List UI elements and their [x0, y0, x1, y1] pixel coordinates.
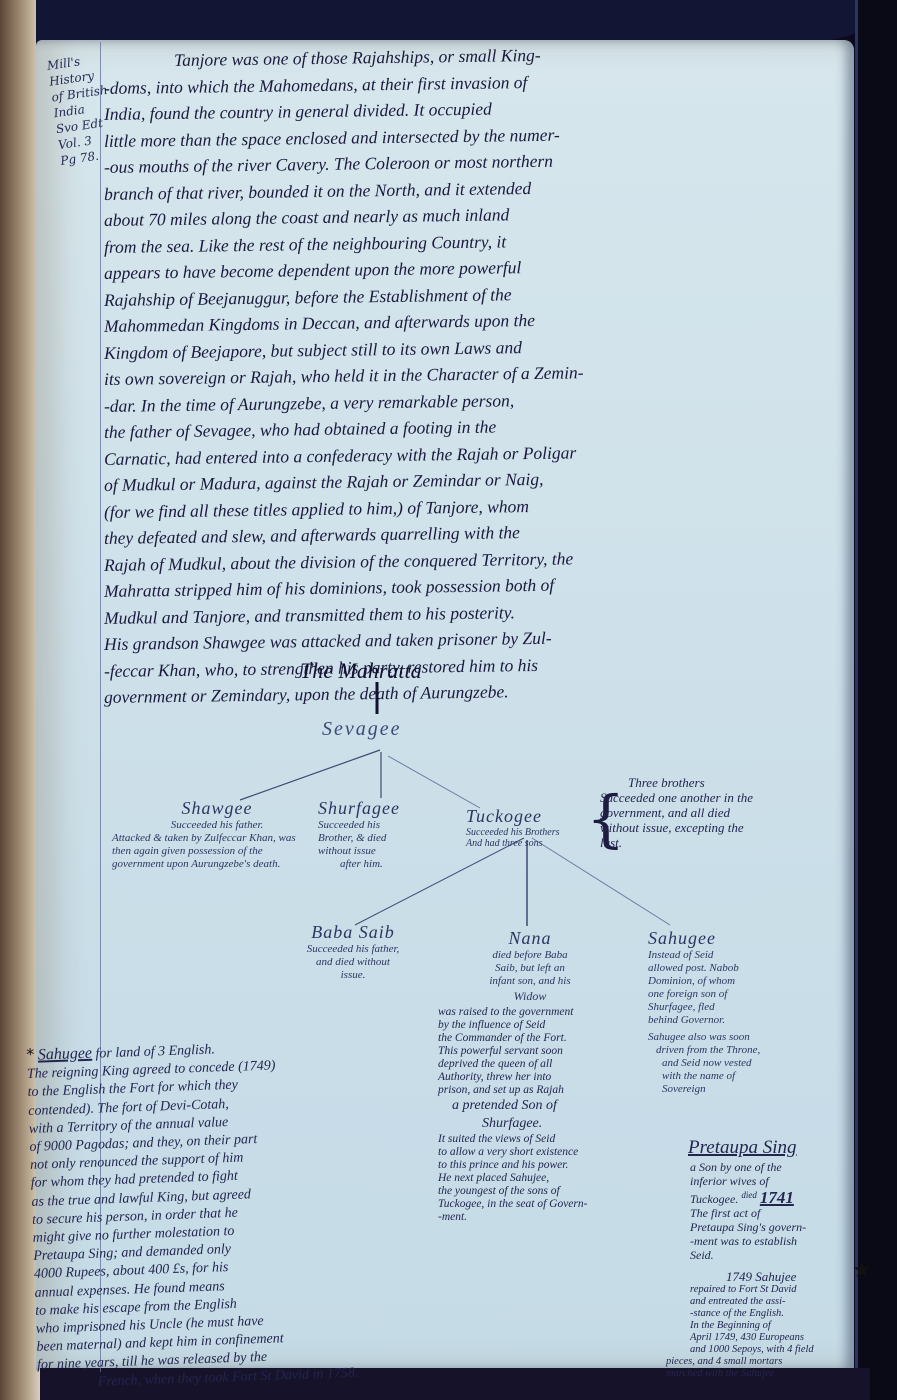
- node-desc: Instead of Seid: [648, 949, 828, 962]
- body-paragraph: Tanjore was one of those Rajahships, or …: [104, 48, 849, 711]
- node-desc: Shurfagee, fled: [648, 1001, 828, 1014]
- node-name: Shawgee: [112, 798, 322, 819]
- footnote-line: repaired to Fort St David: [690, 1284, 814, 1296]
- note-line: prison, and set up as Rajah: [438, 1084, 587, 1097]
- footnote-heading: Sahugee: [38, 1045, 93, 1064]
- note-line: He next placed Sahujee,: [438, 1172, 587, 1185]
- node-name: Shurfagee: [318, 798, 438, 819]
- node-name: Baba Saib: [288, 922, 418, 943]
- died-note: died: [741, 1190, 757, 1200]
- footnote-line: Tuckogee. died 1741: [690, 1188, 814, 1206]
- node-desc: Brother, & died: [318, 832, 438, 845]
- node-desc: Sahugee also was soon: [648, 1031, 828, 1044]
- three-brothers-note: Three brothers Succeeded one another in …: [600, 775, 753, 850]
- node-name: Nana: [440, 928, 620, 949]
- note-heading: Three brothers: [600, 775, 753, 790]
- footnote-line: Seid.: [690, 1248, 814, 1262]
- footnote-line: Pretaupa Sing's govern-: [690, 1220, 814, 1234]
- note-line: Tuckogee, in the seat of Govern-: [438, 1198, 587, 1211]
- node-desc: Succeeded his: [318, 819, 438, 832]
- widow-description: was raised to the government by the infl…: [438, 1006, 587, 1224]
- footnote-line: and entreated the assi-: [690, 1296, 814, 1308]
- node-desc: Attacked & taken by Zulfeccar Khan, was: [112, 832, 322, 845]
- footnote-right: Pretaupa Sing a Son by one of the inferi…: [690, 1136, 814, 1380]
- footnote-line: In the Beginning of: [690, 1320, 814, 1332]
- footnote-line: a Son by one of the: [690, 1160, 814, 1174]
- note-line: to allow a very short existence: [438, 1146, 587, 1159]
- note-line: Shurfagee.: [438, 1115, 587, 1133]
- footnote-line: marched with the Sahujee: [666, 1368, 814, 1380]
- star-icon: ★: [852, 1258, 872, 1283]
- node-desc: without issue: [318, 845, 438, 858]
- node-desc: driven from the Throne,: [648, 1044, 828, 1057]
- note-line: to this prince and his power.: [438, 1159, 587, 1172]
- note-line: by the influence of Seid: [438, 1019, 587, 1032]
- footnote-line: 1749 Sahujee: [690, 1270, 814, 1284]
- page-right-edge: [855, 0, 897, 1400]
- note-line: was raised to the government: [438, 1006, 587, 1019]
- note-line: Succeeded one another in the: [600, 790, 753, 805]
- node-shurfagee: Shurfagee Succeeded his Brother, & died …: [318, 798, 438, 871]
- node-desc: infant son, and his: [440, 975, 620, 988]
- node-desc: allowed post. Nabob: [648, 962, 828, 975]
- year-1741: 1741: [760, 1188, 794, 1207]
- node-baba-saib: Baba Saib Succeeded his father, and died…: [288, 922, 418, 982]
- widow-label: Widow: [440, 988, 620, 1004]
- node-desc: Saib, but left an: [440, 962, 620, 975]
- note-line: This powerful servant soon: [438, 1045, 587, 1058]
- node-desc: with the name of: [648, 1070, 828, 1083]
- node-desc: then again given possession of the: [112, 845, 322, 858]
- node-desc: behind Governor.: [648, 1014, 828, 1027]
- note-line: a pretended Son of: [438, 1097, 587, 1115]
- footnote-line: -stance of the English.: [690, 1308, 814, 1320]
- note-line: government, and all died: [600, 805, 753, 820]
- node-desc: Dominion, of whom: [648, 975, 828, 988]
- footnote-left: * Sahugee for land of 3 English. The rei…: [26, 1035, 359, 1394]
- genealogy-root-node: Sevagee: [322, 718, 402, 741]
- node-nana: Nana died before Baba Saib, but left an …: [440, 928, 620, 1004]
- node-desc: died before Baba: [440, 949, 620, 962]
- node-tuckogee: Tuckogee Succeeded his Brothers And had …: [466, 806, 591, 849]
- note-line: the Commander of the Fort.: [438, 1032, 587, 1045]
- node-desc: issue.: [288, 969, 418, 982]
- node-desc: one foreign son of: [648, 988, 828, 1001]
- footnote-right-heading: Pretaupa Sing: [688, 1136, 814, 1160]
- node-desc: Succeeded his father.: [112, 819, 322, 832]
- note-line: last.: [600, 835, 753, 850]
- note-line: It suited the views of Seid: [438, 1133, 587, 1146]
- node-name: Tuckogee: [466, 806, 591, 827]
- genealogy-title: The Mahratta: [300, 658, 422, 684]
- footnote-heading-rest: for land of 3 English.: [95, 1042, 215, 1061]
- note-line: -ment.: [438, 1211, 587, 1224]
- footnote-line: April 1749, 430 Europeans: [690, 1332, 814, 1344]
- note-line: Authority, threw her into: [438, 1071, 587, 1084]
- footnote-line: and 1000 Sepoys, with 4 field: [690, 1344, 814, 1356]
- node-desc: Succeeded his Brothers: [466, 827, 591, 838]
- footnote-text: Tuckogee.: [690, 1192, 738, 1206]
- asterisk-icon: *: [26, 1045, 35, 1064]
- node-desc: And had three sons: [466, 838, 591, 849]
- footnote-line: The first act of: [690, 1206, 814, 1220]
- note-line: deprived the queen of all: [438, 1058, 587, 1071]
- footnote-line: pieces, and 4 small mortars: [666, 1356, 814, 1368]
- node-sahugee: Sahugee Instead of Seid allowed post. Na…: [648, 928, 828, 1096]
- node-desc: Succeeded his father,: [288, 943, 418, 956]
- note-line: without issue, excepting the: [600, 820, 753, 835]
- node-desc: government upon Aurungzebe's death.: [112, 858, 322, 871]
- footnote-line: inferior wives of: [690, 1174, 814, 1188]
- node-shawgee: Shawgee Succeeded his father. Attacked &…: [112, 798, 322, 871]
- note-line: the youngest of the sons of: [438, 1185, 587, 1198]
- node-name: Sahugee: [648, 928, 828, 949]
- node-desc: Sovereign: [648, 1083, 828, 1096]
- node-desc: and Seid now vested: [648, 1057, 828, 1070]
- node-desc: and died without: [288, 956, 418, 969]
- node-desc: after him.: [318, 858, 438, 871]
- footnote-line: -ment was to establish: [690, 1234, 814, 1248]
